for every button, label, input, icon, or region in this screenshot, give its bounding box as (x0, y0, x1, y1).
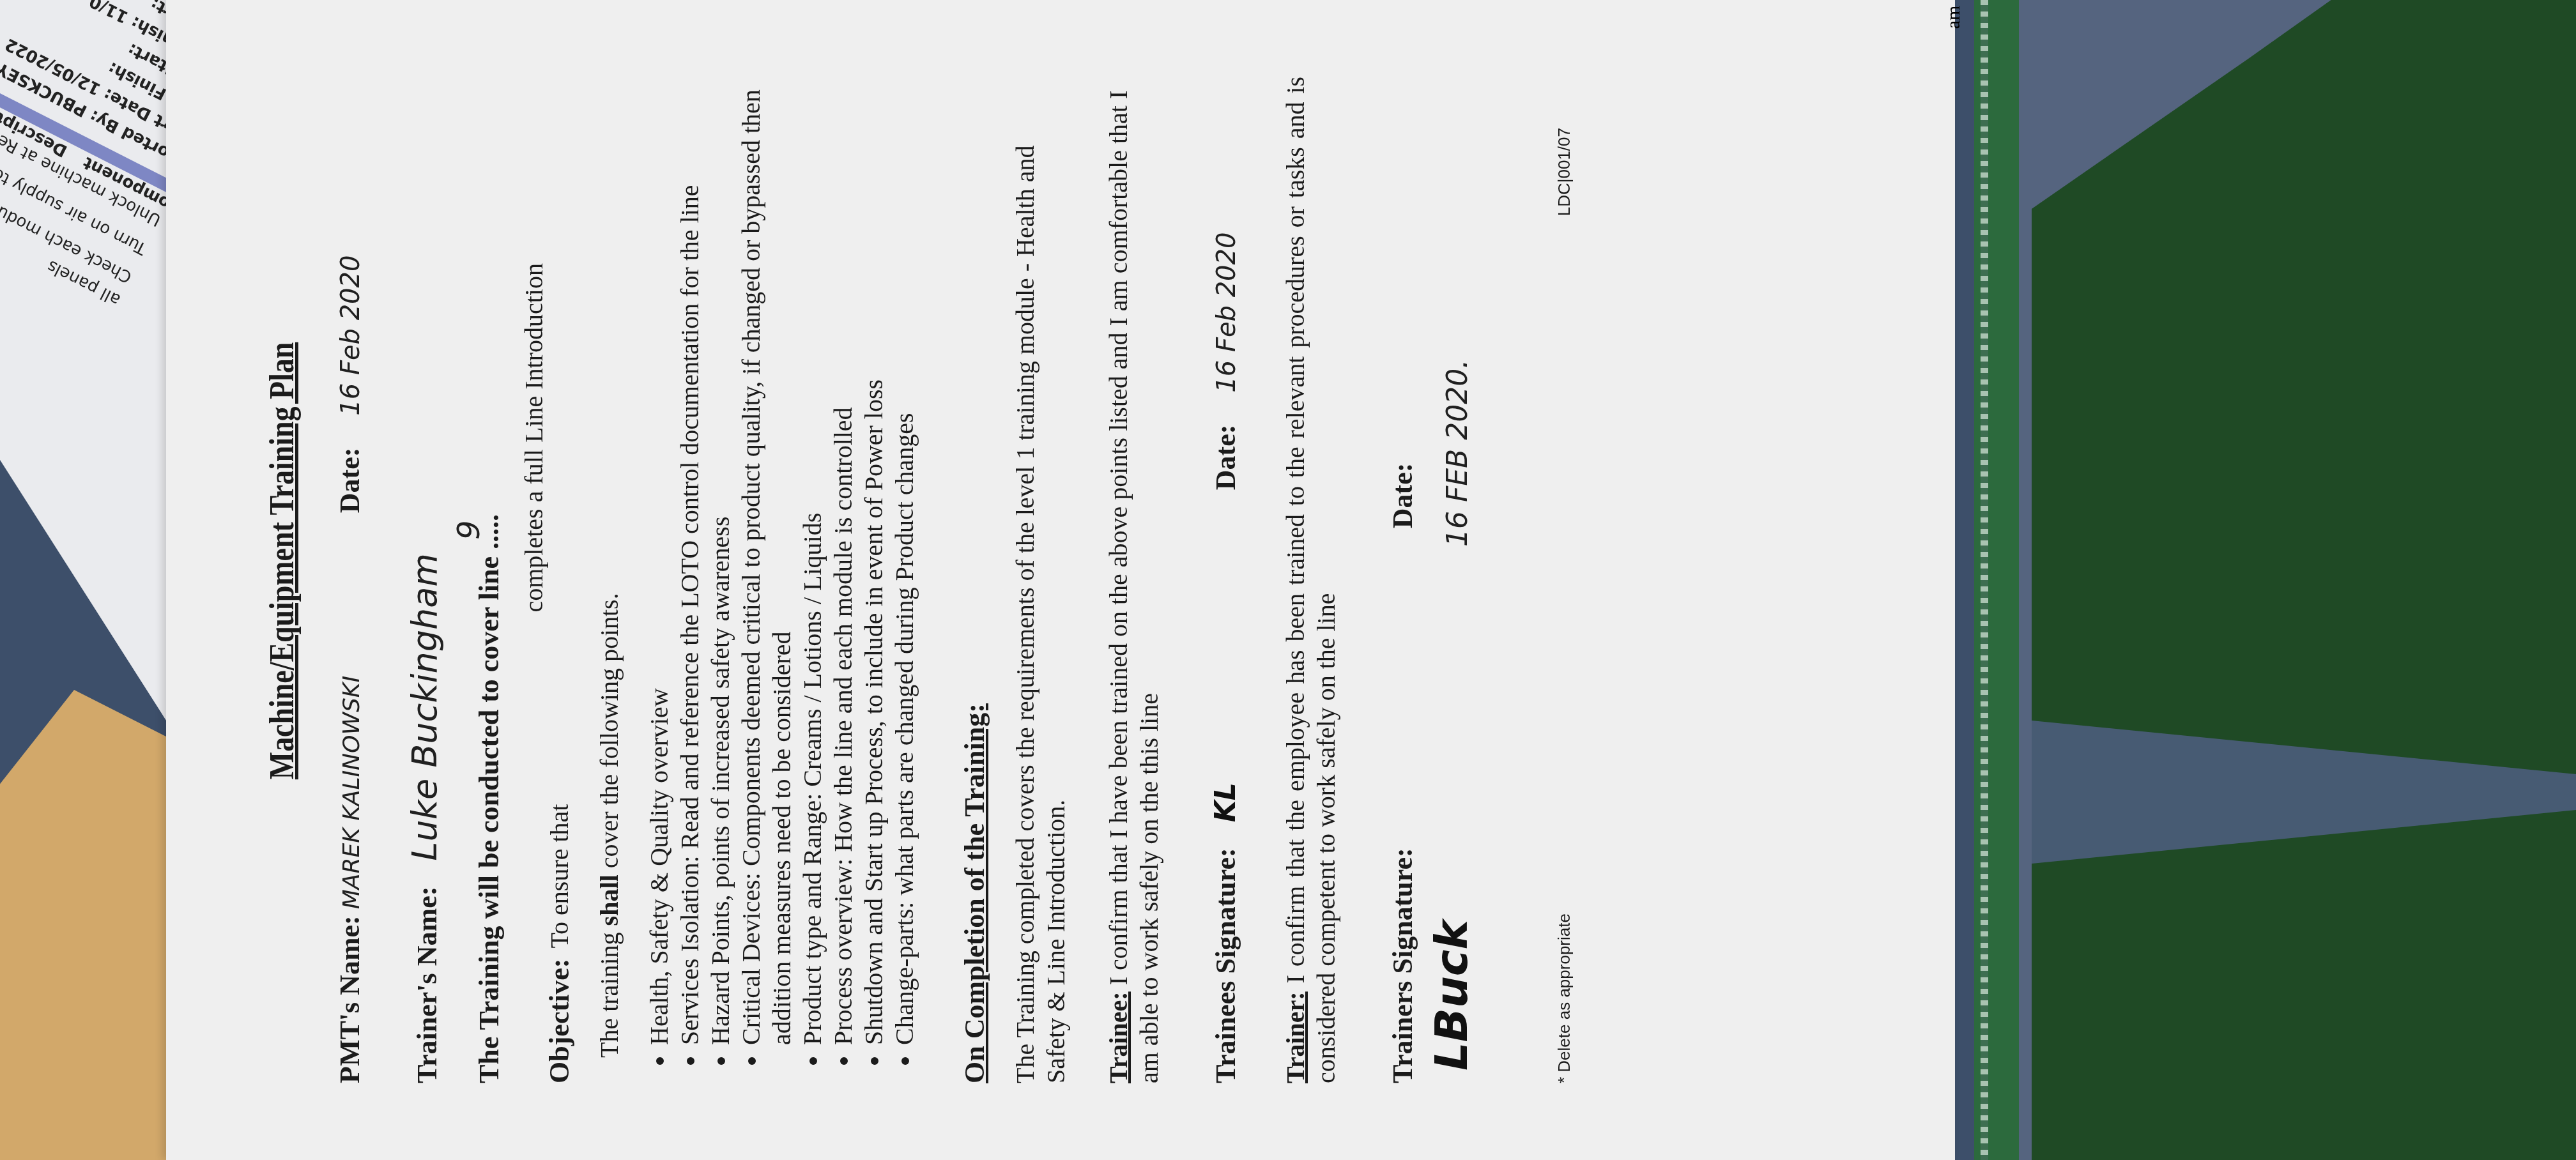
trainer-signature: LBuck (1425, 547, 1478, 1083)
trainer-statement: Trainer: I confirm that the employee has… (1280, 77, 1342, 1083)
shall-text-pre: The training (595, 932, 624, 1058)
objective-label: Objective: (544, 959, 575, 1083)
trainer-date-value: 16 FEB 2020. (1441, 360, 1474, 547)
objective-text-start: To ensure that (544, 804, 575, 949)
date-label: Date: (333, 448, 366, 514)
trainer-signature-values: LBuck 16 FEB 2020. (1425, 77, 1478, 1083)
trainee-signature: KL (1209, 490, 1242, 822)
trainee-label: Trainee: (1104, 991, 1133, 1083)
trainer-label: Trainer: (1281, 991, 1310, 1083)
trainee-date-value: 16 Feb 2020 (1212, 233, 1241, 393)
objective-text-end: completes a full Line Introduction (519, 263, 549, 613)
training-point: Hazard Points, points of increased safet… (705, 77, 736, 1045)
training-point: Critical Devices: Components deemed crit… (736, 77, 797, 1045)
footnote: * Delete as appropriate (1554, 913, 1574, 1083)
training-point: Change-parts: what parts are changed dur… (889, 77, 920, 1045)
objective-row: Objective: To ensure that completes a fu… (544, 77, 575, 1083)
edge-fragment: am (1943, 6, 1965, 29)
training-point: Product type and Range: Creams / Lotions… (797, 77, 828, 1045)
date-value: 16 Feb 2020 (336, 256, 365, 416)
training-point: Process overview: How the line and each … (828, 77, 859, 1045)
training-plan-page: Machine/Equipment Training Plan PMT's Na… (166, 0, 1955, 1160)
completion-heading: On Completion of the Training: (958, 77, 991, 1083)
trainee-statement: Trainee: I confirm that I have been trai… (1103, 77, 1165, 1083)
trainer-text: I confirm that the employee has been tra… (1281, 77, 1340, 1083)
page-title: Machine/Equipment Training Plan (262, 149, 302, 973)
document-reference: LDC|001/07 (1554, 128, 1574, 216)
trainer-signature-row: Trainers Signature: Date: (1386, 77, 1419, 1083)
cover-line-row: The Training will be conducted to cover … (470, 77, 506, 1083)
training-point: Services Isolation: Read and reference t… (675, 77, 705, 1045)
trainee-text: I confirm that I have been trained on th… (1104, 91, 1163, 1083)
trainee-signature-label: Trainees Signature: (1209, 848, 1242, 1083)
shall-text-post: cover the following points. (595, 593, 624, 868)
trainee-date-label: Date: (1209, 425, 1242, 491)
cover-line-label: The Training will be conducted to cover … (473, 514, 505, 1083)
trainer-name-value: Luke Buckingham (404, 553, 445, 861)
green-fabric (2032, 0, 2576, 1160)
trainer-signature-label: Trainers Signature: (1386, 848, 1419, 1083)
wooden-desk (0, 690, 185, 1160)
training-plan-content: Machine/Equipment Training Plan PMT's Na… (166, 0, 1955, 1160)
pmt-name-row: PMT's Name: MAREK KALINOWSKI Date: 16 Fe… (333, 77, 366, 1083)
completion-text: The Training completed covers the requir… (1010, 77, 1071, 1083)
training-points-list: Health, Safety & Quality overviewService… (644, 77, 920, 1083)
folder-binding-strip (1981, 0, 1988, 1160)
training-point: Shutdown and Start up Process, to includ… (859, 77, 889, 1045)
trainer-date-label: Date: (1386, 463, 1419, 529)
pmt-name-value: MAREK KALINOWSKI (339, 551, 365, 909)
trainer-name-label: Trainer's Name: (411, 887, 443, 1083)
shall-cover-text: The training shall cover the following p… (594, 77, 625, 1058)
page-footer: * Delete as appropriate LDC|001/07 (1554, 77, 1574, 1083)
shall-word: shall (595, 874, 624, 926)
trainer-name-row: Trainer's Name: Luke Buckingham (404, 77, 445, 1083)
pmt-name-label: PMT's Name: (333, 915, 366, 1083)
trainee-signature-row: Trainees Signature: KL Date: 16 Feb 2020 (1209, 77, 1242, 1083)
training-point: Health, Safety & Quality overview (644, 77, 675, 1045)
cover-line-value: 9 (451, 520, 487, 540)
